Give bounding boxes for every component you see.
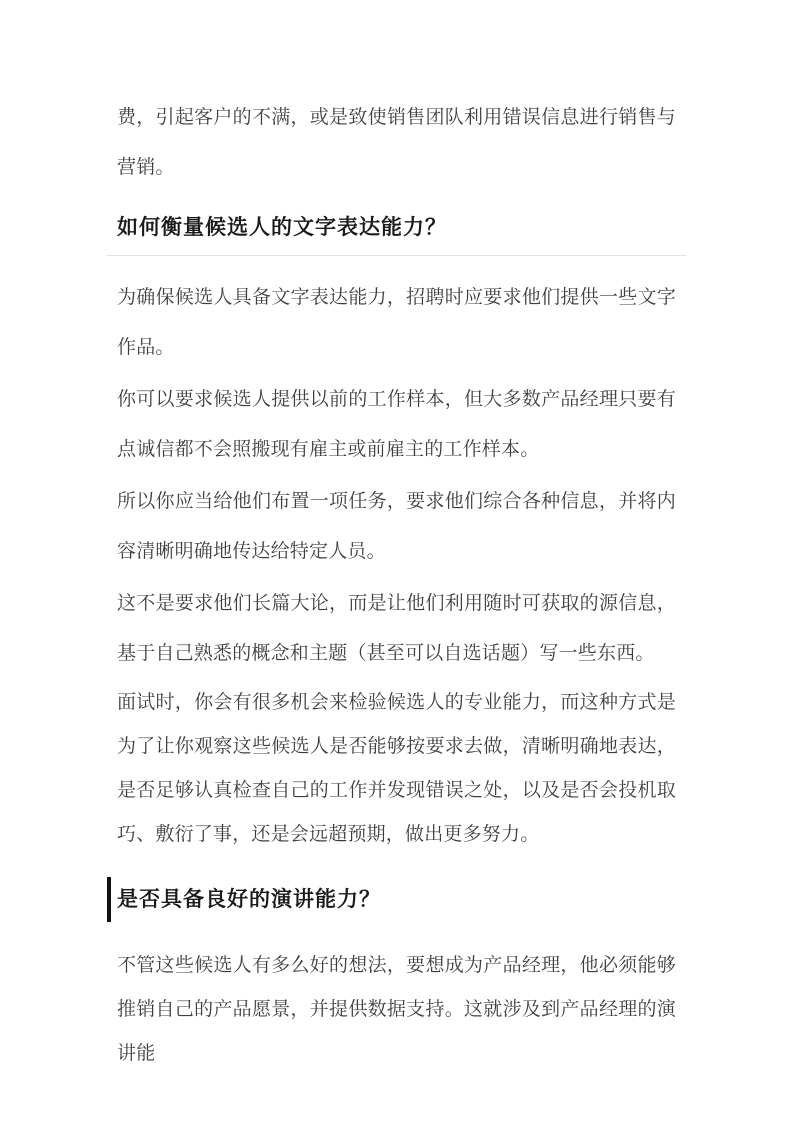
paragraph-continuation: 费，引起客户的不满，或是致使销售团队利用错误信息进行销售与营销。 — [107, 93, 686, 193]
paragraph: 面试时，你会有很多机会来检验候选人的专业能力，而这种方式是为了让你观察这些候选人… — [107, 681, 686, 857]
section-heading-presentation-skill: 是否具备良好的演讲能力？ — [107, 877, 686, 922]
paragraph: 你可以要求候选人提供以前的工作样本，但大多数产品经理只要有点诚信都不会照搬现有雇… — [107, 375, 686, 475]
section-heading-writing-skill: 如何衡量候选人的文字表达能力？ — [107, 215, 686, 256]
document-page: 费，引起客户的不满，或是致使销售团队利用错误信息进行销售与营销。 如何衡量候选人… — [0, 0, 793, 1122]
paragraph: 为确保候选人具备文字表达能力，招聘时应要求他们提供一些文字作品。 — [107, 273, 686, 373]
paragraph: 所以你应当给他们布置一项任务，要求他们综合各种信息，并将内容清晰明确地传达给特定… — [107, 477, 686, 577]
paragraph: 这不是要求他们长篇大论，而是让他们利用随时可获取的源信息，基于自己熟悉的概念和主… — [107, 579, 686, 679]
paragraph-partial-bottom: 不管这些候选人有多么好的想法，要想成为产品经理，他必须能够推销自己的产品愿景，并… — [107, 944, 686, 1076]
document-content: 费，引起客户的不满，或是致使销售团队利用错误信息进行销售与营销。 如何衡量候选人… — [0, 0, 793, 1076]
